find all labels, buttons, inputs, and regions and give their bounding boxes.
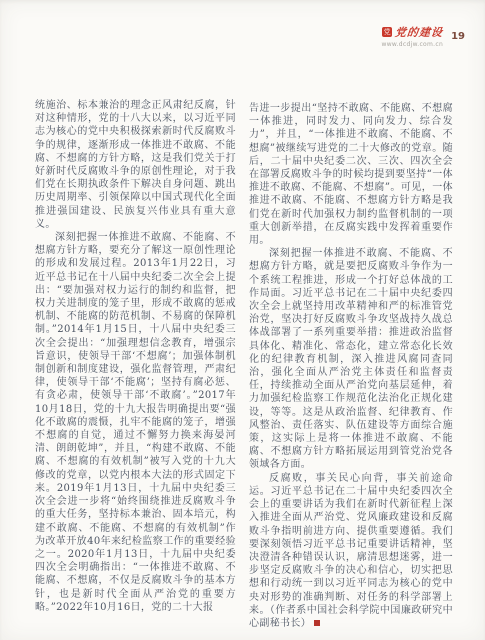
magazine-logo: 党 党的建设 www.dcdjw.com.cn: [382, 24, 444, 48]
magazine-url: www.dcdjw.com.cn: [382, 41, 444, 48]
paragraph-text: 反腐败，事关民心向背，事关前途命运。习近平总书记在二十届中央纪委四次全会上的重要…: [249, 473, 453, 629]
paragraph: 深刻把握一体推进不敢腐、不能腐、不想腐方针方略，要充分了解这一原创性理论的形成和…: [35, 231, 236, 614]
party-seal-icon: 党: [382, 27, 392, 37]
left-text-column: 统施治、标本兼治的理念正风肃纪反腐，针对这种情形，党的十八大以来，以习近平同志为…: [35, 99, 236, 614]
paragraph: 反腐败，事关民心向背，事关前途命运。习近平总书记在二十届中央纪委四次全会上的重要…: [249, 472, 453, 630]
right-text-column: 告进一步提出“坚持不敢腐、不能腐、不想腐一体推进，同时发力、同向发力、综合发力”…: [249, 102, 453, 630]
masthead: 党 党的建设 www.dcdjw.com.cn 19: [382, 24, 465, 48]
magazine-page: 党 党的建设 www.dcdjw.com.cn 19 统施治、标本兼治的理念正风…: [0, 0, 485, 640]
paragraph: 告进一步提出“坚持不敢腐、不能腐、不想腐一体推进，同时发力、同向发力、综合发力”…: [249, 102, 453, 247]
paragraph: 统施治、标本兼治的理念正风肃纪反腐，针对这种情形，党的十八大以来，以习近平同志为…: [35, 99, 236, 231]
paragraph: 深刻把握一体推进不敢腐、不能腐、不想腐方针方略，就是要把反腐败斗争作为一个系统工…: [249, 247, 453, 471]
end-of-article-mark-icon: [314, 620, 320, 626]
page-number: 19: [451, 31, 465, 42]
magazine-title: 党的建设: [394, 24, 444, 40]
